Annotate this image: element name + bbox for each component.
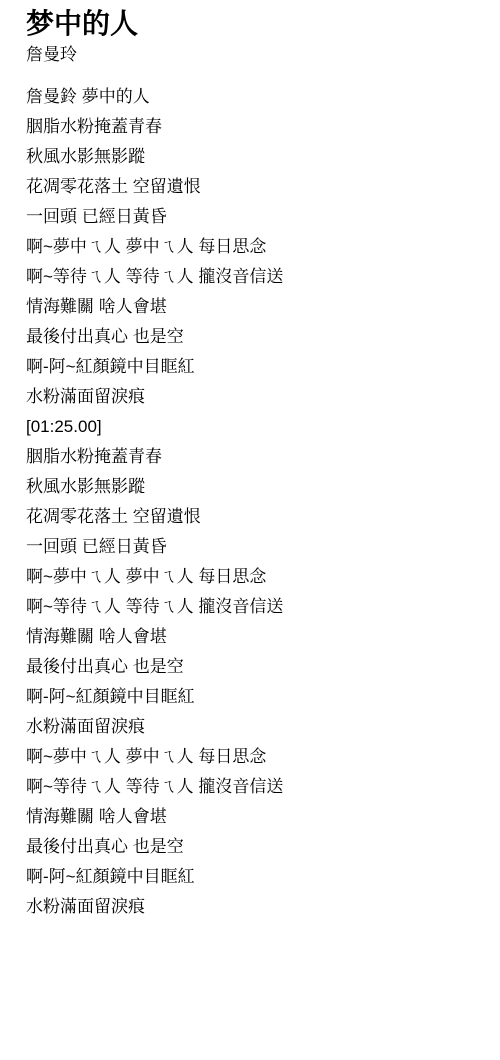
lyric-line: 秋風水影無影蹤 <box>26 142 480 172</box>
lyric-line: 水粉滿面留淚痕 <box>26 382 480 412</box>
lyric-line: 花凋零花落土 空留遺恨 <box>26 502 480 532</box>
song-title: 梦中的人 <box>26 5 480 43</box>
lyric-line: 啊-阿~紅顏鏡中目眶紅 <box>26 682 480 712</box>
lyrics-block: 詹曼鈴 夢中的人胭脂水粉掩蓋青春秋風水影無影蹤花凋零花落土 空留遺恨一回頭 已經… <box>26 82 480 922</box>
lyric-line: 情海難關 啥人會堪 <box>26 802 480 832</box>
lyric-line: 啊~等待ㄟ人 等待ㄟ人 攏沒音信送 <box>26 262 480 292</box>
lyric-line: 啊~等待ㄟ人 等待ㄟ人 攏沒音信送 <box>26 592 480 622</box>
lyric-line: 秋風水影無影蹤 <box>26 472 480 502</box>
lyric-line: 最後付出真心 也是空 <box>26 652 480 682</box>
lyric-line: 情海難關 啥人會堪 <box>26 622 480 652</box>
lyric-line: 一回頭 已經日黃昏 <box>26 532 480 562</box>
lyric-line: 情海難關 啥人會堪 <box>26 292 480 322</box>
lyric-line: 花凋零花落土 空留遺恨 <box>26 172 480 202</box>
lyrics-page: 梦中的人 詹曼玲 詹曼鈴 夢中的人胭脂水粉掩蓋青春秋風水影無影蹤花凋零花落土 空… <box>0 0 500 922</box>
lyric-line: 詹曼鈴 夢中的人 <box>26 82 480 112</box>
lyric-line: 啊~夢中ㄟ人 夢中ㄟ人 每日思念 <box>26 562 480 592</box>
lyric-line: 水粉滿面留淚痕 <box>26 892 480 922</box>
artist-name: 詹曼玲 <box>26 44 480 66</box>
lyric-line: 啊-阿~紅顏鏡中目眶紅 <box>26 862 480 892</box>
lyric-line: 最後付出真心 也是空 <box>26 322 480 352</box>
lyric-line: 最後付出真心 也是空 <box>26 832 480 862</box>
lyric-line: 啊~等待ㄟ人 等待ㄟ人 攏沒音信送 <box>26 772 480 802</box>
lyric-line: 水粉滿面留淚痕 <box>26 712 480 742</box>
lyric-line: 啊~夢中ㄟ人 夢中ㄟ人 每日思念 <box>26 742 480 772</box>
lyric-line: 胭脂水粉掩蓋青春 <box>26 112 480 142</box>
lyric-line: 胭脂水粉掩蓋青春 <box>26 442 480 472</box>
lyric-line: 啊~夢中ㄟ人 夢中ㄟ人 每日思念 <box>26 232 480 262</box>
lyric-line: [01:25.00] <box>26 412 480 442</box>
lyric-line: 啊-阿~紅顏鏡中目眶紅 <box>26 352 480 382</box>
lyric-line: 一回頭 已經日黃昏 <box>26 202 480 232</box>
